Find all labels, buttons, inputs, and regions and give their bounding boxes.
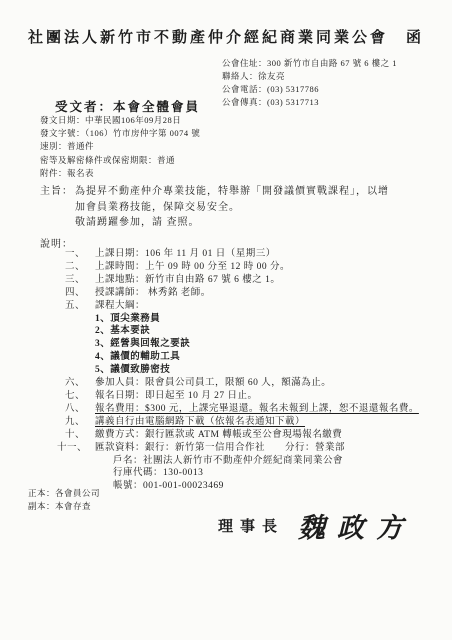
item-text: 報名費用：$300 元，上課完畢退還。報名未報到上課，恕不退還報名費。 — [95, 403, 419, 416]
list-item: 四、 授課講師： 林秀銘 老師。 — [65, 287, 444, 300]
association-address: 公會住址：300 新竹市自由路 67 號 6 樓之 1 — [222, 57, 397, 70]
item-text: 報名日期：即日起至 10 月 27 日止。 — [95, 390, 258, 403]
item-text: 講義自行由電腦網路下載（依報名表通知下載） — [95, 416, 305, 429]
item-number: 六、 — [65, 377, 95, 390]
item-text: 授課講師： 林秀銘 老師。 — [95, 287, 211, 300]
subject-block: 主旨： 為提昇不動產仲介專業技能，特舉辦「開發議價實戰課程」，以增 加會員業務技… — [40, 184, 436, 231]
item-number: 十一、 — [57, 442, 95, 455]
list-item: 九、 講義自行由電腦網路下載（依報名表通知下載） — [65, 416, 444, 429]
item-text: 繳費方式：銀行匯款或 ATM 轉帳或至公會現場報名繳費 — [95, 429, 342, 442]
item-number: 三、 — [65, 274, 95, 287]
item-number: 一、 — [65, 248, 95, 261]
document-title: 社團法人新竹市不動產仲介經紀商業同業公會 函 — [0, 26, 452, 47]
subject-line: 加會員業務技能，保障交易安全。 — [75, 200, 389, 216]
item-text: 上課地點：新竹市自由路 67 號 6 樓之 1。 — [95, 274, 280, 287]
meta-block: 發文日期：中華民國106年09月28日 發文字號：（106）竹市房仲字第 007… — [40, 114, 200, 180]
item-number: 二、 — [65, 261, 95, 274]
association-info-block: 公會住址：300 新竹市自由路 67 號 6 樓之 1 聯絡人：徐友亮 公會電話… — [222, 57, 397, 109]
item-number: 八、 — [65, 403, 95, 416]
remittance-bank-code: 行庫代碼：130-0013 — [65, 467, 444, 480]
item-text: 參加人員：限會員公司員工，限額 60 人，額滿為止。 — [95, 377, 331, 390]
course-outline-item: 1、頂尖業務員 — [65, 313, 444, 326]
item-text: 匯款資料：銀行：新竹第一信用合作社 分行：營業部 — [95, 442, 345, 455]
duplicate-copy-line: 副本：本會存查 — [28, 500, 100, 513]
association-fax: 公會傳真：(03) 5317713 — [222, 96, 397, 109]
list-item: 三、 上課地點：新竹市自由路 67 號 6 樓之 1。 — [65, 274, 444, 287]
list-item: 七、 報名日期：即日起至 10 月 27 日止。 — [65, 390, 444, 403]
subject-line: 為提昇不動產仲介專業技能，特舉辦「開發議價實戰課程」，以增 — [75, 184, 389, 200]
chairman-name: 魏政方 — [298, 506, 415, 545]
remittance-account-name: 戶名：社團法人新竹市不動產仲介經紀商業同業公會 — [65, 455, 444, 468]
course-outline-item: 2、基本要訣 — [65, 325, 444, 338]
list-item: 一、 上課日期：106 年 11 月 01 日（星期三） — [65, 248, 444, 261]
item-number: 十、 — [65, 429, 95, 442]
item-number: 七、 — [65, 390, 95, 403]
association-phone: 公會電話：(03) 5317786 — [222, 83, 397, 96]
course-outline-item: 3、經營與回報之要訣 — [65, 338, 444, 351]
subject-label: 主旨： — [40, 184, 75, 231]
chairman-title: 理事長 — [218, 515, 284, 536]
item-number: 五、 — [65, 300, 95, 313]
list-item: 八、 報名費用：$300 元，上課完畢退還。報名未報到上課，恕不退還報名費。 — [65, 403, 444, 416]
remittance-account-number: 帳號：001-001-00023469 — [65, 480, 444, 493]
item-text: 上課日期：106 年 11 月 01 日（星期三） — [95, 248, 276, 261]
course-outline-item: 4、議價的輔助工具 — [65, 351, 444, 364]
security-classification-line: 密等及解密條件或保密期限：普通 — [40, 154, 200, 167]
association-contact: 聯絡人：徐友亮 — [222, 70, 397, 83]
explanation-items: 一、 上課日期：106 年 11 月 01 日（星期三） 二、 上課時間：上午 … — [65, 248, 444, 493]
list-item: 十一、 匯款資料：銀行：新竹第一信用合作社 分行：營業部 — [57, 442, 444, 455]
list-item: 五、 課程大綱： — [65, 300, 444, 313]
item-number: 九、 — [65, 416, 95, 429]
reference-number-line: 發文字號：（106）竹市房仲字第 0074 號 — [40, 127, 200, 140]
attachment-line: 附件：報名表 — [40, 167, 200, 180]
delivery-speed-line: 速別：普通件 — [40, 140, 200, 153]
recipient-line: 受文者：本會全體會員 — [55, 97, 200, 115]
course-outline-item: 5、議價致勝密技 — [65, 364, 444, 377]
item-text: 上課時間：上午 09 時 00 分至 12 時 00 分。 — [95, 261, 290, 274]
issue-date-line: 發文日期：中華民國106年09月28日 — [40, 114, 200, 127]
official-letter-page: 社團法人新竹市不動產仲介經紀商業同業公會 函 公會住址：300 新竹市自由路 6… — [0, 0, 452, 640]
list-item: 六、 參加人員：限會員公司員工，限額 60 人，額滿為止。 — [65, 377, 444, 390]
subject-line: 敬請踴躍參加，請 查照。 — [75, 215, 389, 231]
list-item: 二、 上課時間：上午 09 時 00 分至 12 時 00 分。 — [65, 261, 444, 274]
item-number: 四、 — [65, 287, 95, 300]
distribution-block: 正本：各會員公司 副本：本會存查 — [28, 487, 100, 512]
list-item: 十、 繳費方式：銀行匯款或 ATM 轉帳或至公會現場報名繳費 — [65, 429, 444, 442]
original-copy-line: 正本：各會員公司 — [28, 487, 100, 500]
subject-body: 為提昇不動產仲介專業技能，特舉辦「開發議價實戰課程」，以增 加會員業務技能，保障… — [75, 184, 389, 231]
item-text: 課程大綱： — [95, 300, 145, 313]
signature-block: 理事長 魏政方 — [218, 506, 415, 545]
